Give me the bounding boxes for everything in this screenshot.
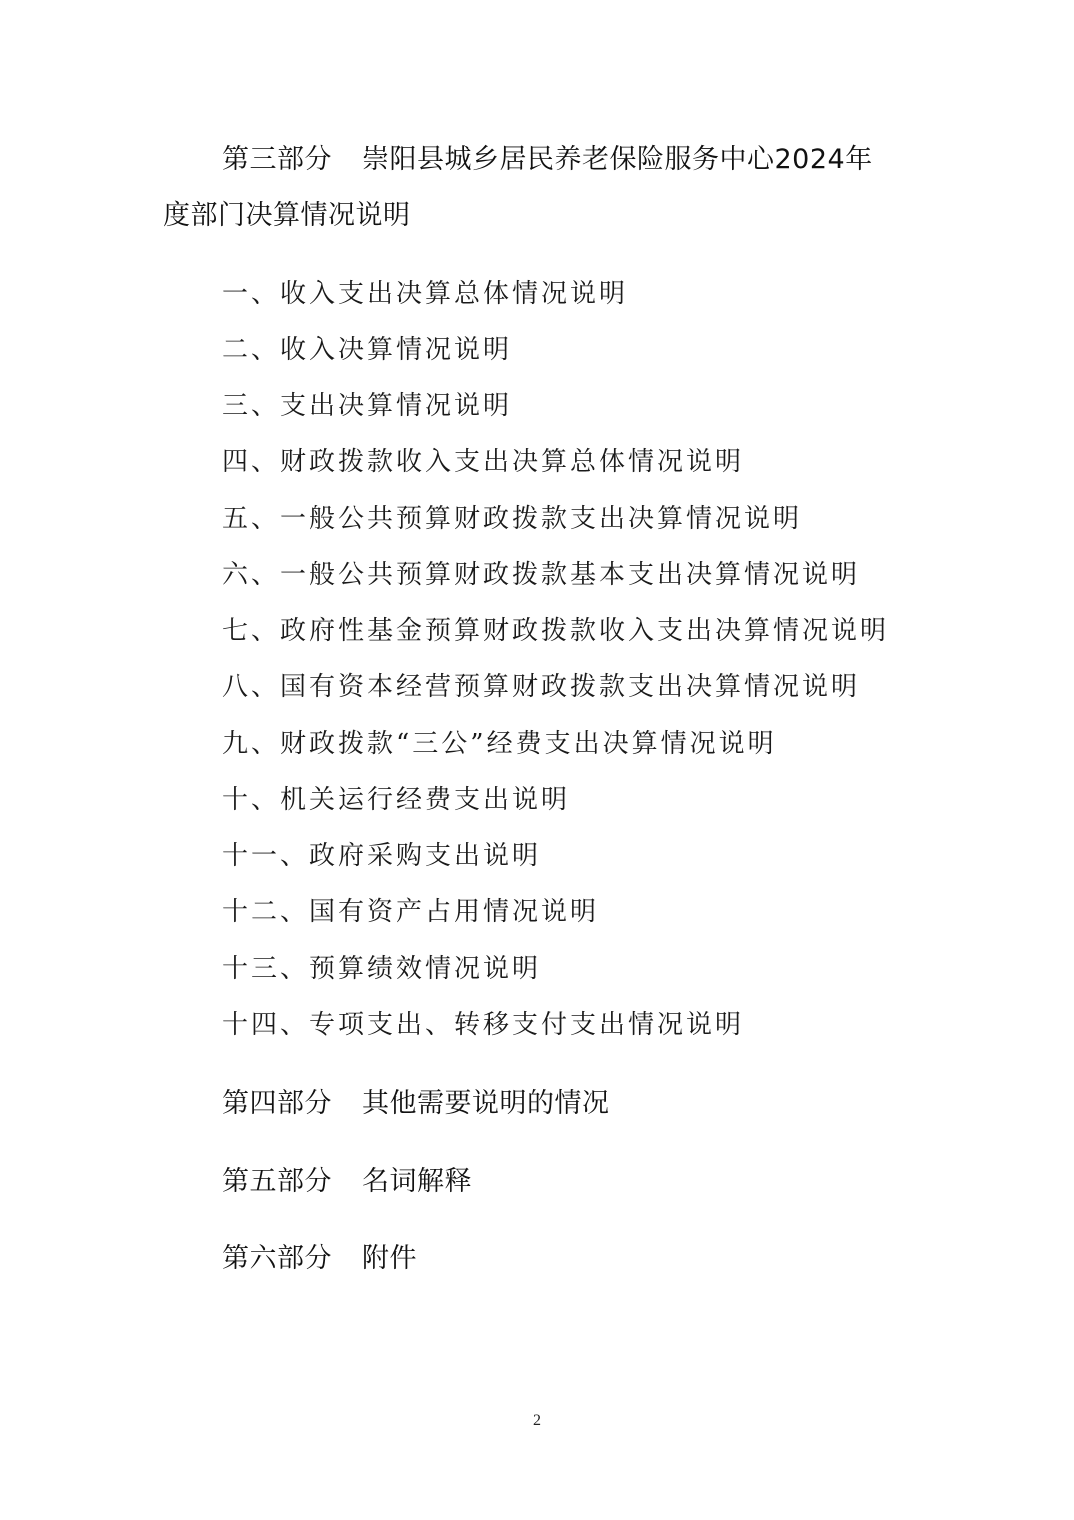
toc-item-1: 一、收入支出决算总体情况说明 xyxy=(222,281,628,307)
toc-item-8: 八、国有资本经营预算财政拨款支出决算情况说明 xyxy=(222,674,860,700)
part3-heading-line2: 度部门决算情况说明 xyxy=(163,202,411,229)
toc-item-6: 六、一般公共预算财政拨款基本支出决算情况说明 xyxy=(222,562,860,588)
part5-label: 第五部分 xyxy=(222,1166,332,1197)
part6-title: 附件 xyxy=(362,1243,417,1274)
part4-label: 第四部分 xyxy=(222,1088,332,1119)
toc-item-2: 二、收入决算情况说明 xyxy=(222,337,512,363)
document-page: 第三部分崇阳县城乡居民养老保险服务中心2024年 度部门决算情况说明 一、收入支… xyxy=(0,0,1074,1520)
part3-label: 第三部分 xyxy=(222,144,332,175)
toc-item-11: 十一、政府采购支出说明 xyxy=(222,843,541,869)
toc-item-5: 五、一般公共预算财政拨款支出决算情况说明 xyxy=(222,506,802,532)
toc-item-3: 三、支出决算情况说明 xyxy=(222,393,512,419)
part4-title: 其他需要说明的情况 xyxy=(362,1088,610,1119)
page-number: 2 xyxy=(0,1412,1074,1430)
toc-item-14: 十四、专项支出、转移支付支出情况说明 xyxy=(222,1012,744,1038)
part6-heading: 第六部分附件 xyxy=(222,1245,417,1272)
toc-item-12: 十二、国有资产占用情况说明 xyxy=(222,899,599,925)
part3-title-line1: 崇阳县城乡居民养老保险服务中心2024年 xyxy=(362,144,873,175)
toc-item-13: 十三、预算绩效情况说明 xyxy=(222,956,541,982)
toc-item-9: 九、财政拨款“三公”经费支出决算情况说明 xyxy=(222,731,777,757)
part6-label: 第六部分 xyxy=(222,1243,332,1274)
toc-item-4: 四、财政拨款收入支出决算总体情况说明 xyxy=(222,449,744,475)
part5-title: 名词解释 xyxy=(362,1166,472,1197)
toc-item-10: 十、机关运行经费支出说明 xyxy=(222,787,570,813)
part3-heading-line1: 第三部分崇阳县城乡居民养老保险服务中心2024年 xyxy=(222,146,873,173)
toc-item-7: 七、政府性基金预算财政拨款收入支出决算情况说明 xyxy=(222,618,889,644)
part5-heading: 第五部分名词解释 xyxy=(222,1168,472,1195)
part4-heading: 第四部分其他需要说明的情况 xyxy=(222,1090,610,1117)
